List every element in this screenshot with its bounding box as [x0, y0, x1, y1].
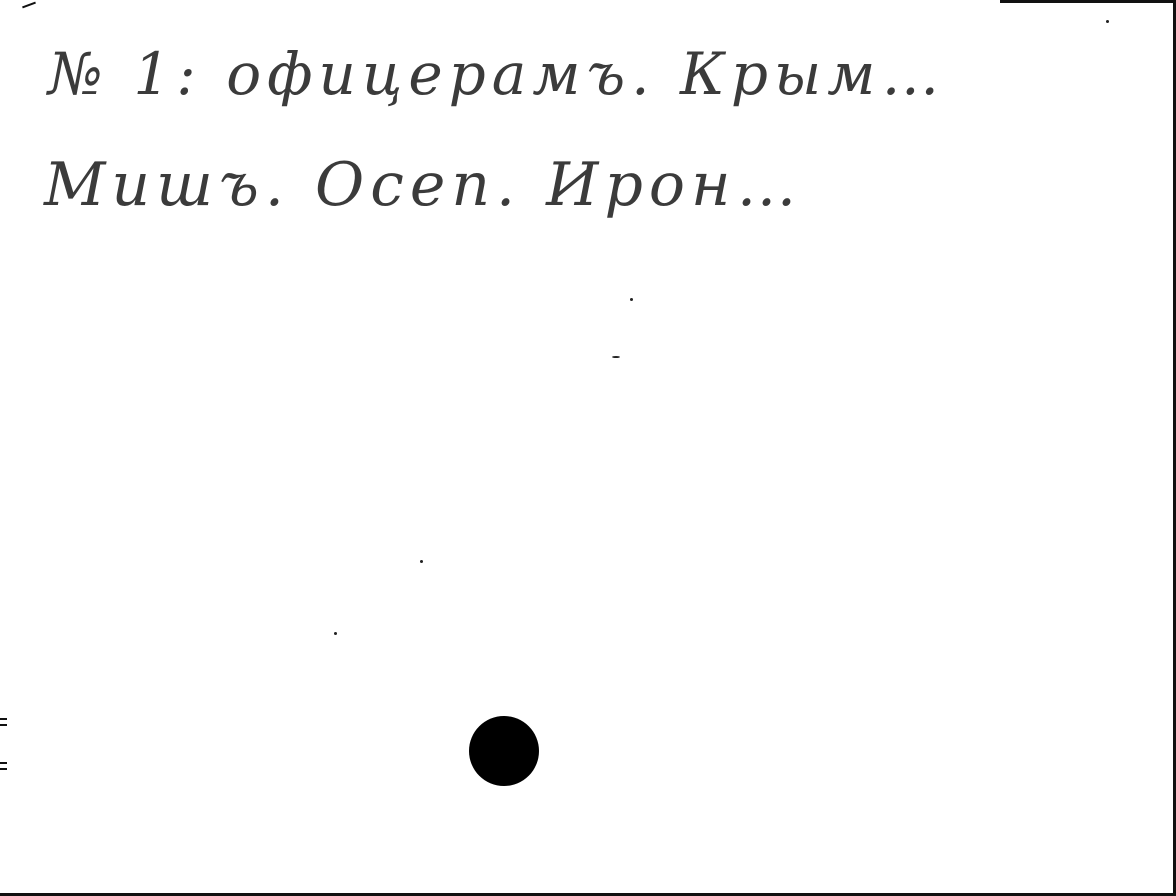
ink-speck [334, 632, 337, 635]
ink-speck [1106, 20, 1109, 23]
ink-speck [420, 560, 423, 563]
edge-tick-mark [0, 762, 7, 764]
card-top-edge [1000, 0, 1176, 3]
ink-speck [630, 298, 633, 301]
punch-hole-dot [469, 716, 539, 786]
edge-tick-mark [0, 718, 7, 720]
edge-tick-mark [0, 724, 7, 726]
index-card: № 1: офицерамъ. Крым… Мишъ. Осеп. Ирон… [0, 0, 1176, 896]
handwriting-line-1: № 1: офицерамъ. Крым… [48, 40, 945, 108]
edge-tick-mark [0, 768, 7, 770]
ink-speck [612, 356, 620, 358]
handwriting-line-2: Мишъ. Осеп. Ирон… [44, 150, 803, 220]
corner-mark [22, 2, 36, 9]
